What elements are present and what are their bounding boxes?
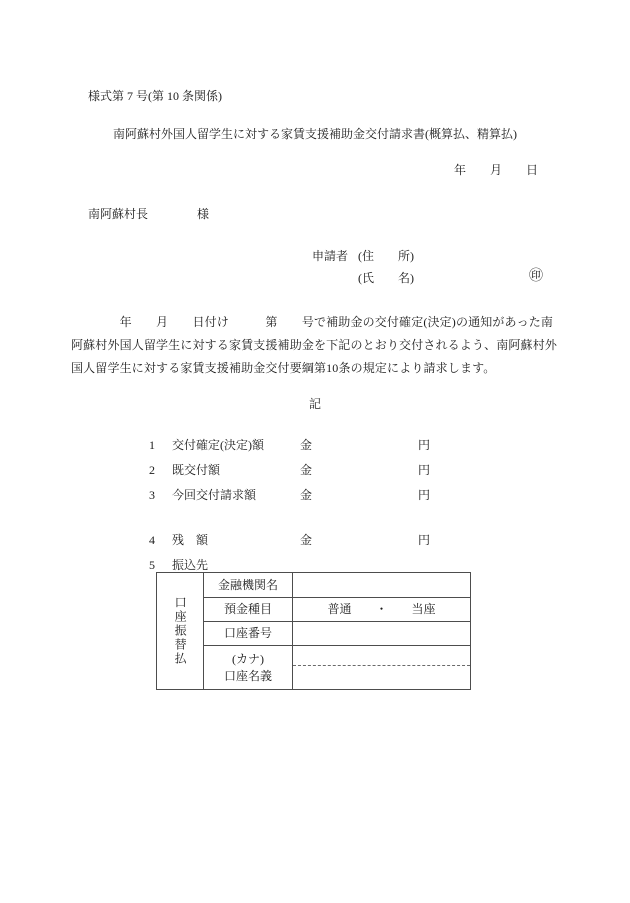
document-title: 南阿蘇村外国人留学生に対する家賃支援補助金交付請求書(概算払、精算払) <box>0 126 630 142</box>
bank-transfer-table: 口座振替払 金融機関名 預金種目 普通 ・ 当座 口座番号 (カナ) 口座名義 <box>156 572 471 690</box>
item-currency-suffix: 円 <box>418 437 430 453</box>
bank-table-row-account-type: 預金種目 普通 ・ 当座 <box>204 598 470 622</box>
bank-row-label: (カナ) 口座名義 <box>204 646 293 689</box>
bank-row-label: 口座番号 <box>204 622 293 645</box>
bank-table-row-account-number: 口座番号 <box>204 622 470 646</box>
bank-row-label: 預金種目 <box>204 598 293 621</box>
bank-row-label: 金融機関名 <box>204 573 293 597</box>
kana-label: (カナ) <box>232 651 264 667</box>
record-marker: 記 <box>0 396 630 412</box>
amount-item-3: 3 今回交付請求額 金 円 <box>0 487 630 504</box>
applicant-address-line: 申請者(住 所) <box>312 248 414 264</box>
item-number: 4 <box>149 532 155 548</box>
addressee-honorific: 様 <box>197 207 209 221</box>
body-paragraph-line-3: 国人留学生に対する家賃支援補助金交付要綱第10条の規定により請求します。 <box>71 360 563 376</box>
applicant-name-label: (氏 名) <box>358 270 414 286</box>
addressee-line: 南阿蘇村長様 <box>88 206 209 222</box>
bank-row-value <box>293 573 470 597</box>
item-label: 交付確定(決定)額 <box>172 437 264 453</box>
item-currency-prefix: 金 <box>300 437 312 453</box>
item-label: 今回交付請求額 <box>172 487 256 503</box>
bank-row-value <box>293 646 470 689</box>
item-number: 1 <box>149 437 155 453</box>
item-label: 残 額 <box>172 532 208 548</box>
item-number: 2 <box>149 462 155 478</box>
seal-stamp-icon: ㊞ <box>529 268 543 287</box>
bank-table-row-institution: 金融機関名 <box>204 573 470 598</box>
applicant-address-label: (住 所) <box>358 249 414 263</box>
item-currency-suffix: 円 <box>418 532 430 548</box>
bank-table-side-header: 口座振替払 <box>157 573 204 689</box>
form-number: 様式第 7 号(第 10 条関係) <box>88 88 222 104</box>
item-currency-suffix: 円 <box>418 487 430 503</box>
bank-table-row-account-name: (カナ) 口座名義 <box>204 646 470 689</box>
amount-item-4: 4 残 額 金 円 <box>0 532 630 549</box>
item-currency-suffix: 円 <box>418 462 430 478</box>
addressee-name: 南阿蘇村長 <box>88 207 148 221</box>
item-label: 既交付額 <box>172 462 220 478</box>
document-page: 様式第 7 号(第 10 条関係) 南阿蘇村外国人留学生に対する家賃支援補助金交… <box>0 0 630 903</box>
date-blank-line: 年 月 日 <box>454 162 538 178</box>
item-currency-prefix: 金 <box>300 532 312 548</box>
item-currency-prefix: 金 <box>300 462 312 478</box>
item-currency-prefix: 金 <box>300 487 312 503</box>
applicant-label: 申請者 <box>312 249 348 263</box>
body-paragraph-line-1: 年 月 日付け 第 号で補助金の交付確定(決定)の通知があった南 <box>71 314 563 330</box>
bank-row-value: 普通 ・ 当座 <box>293 598 470 621</box>
bank-row-value <box>293 622 470 645</box>
item-number: 5 <box>149 557 155 573</box>
account-name-label: 口座名義 <box>224 668 272 684</box>
amount-item-2: 2 既交付額 金 円 <box>0 462 630 479</box>
body-paragraph-line-2: 阿蘇村外国人留学生に対する家賃支援補助金を下記のとおり交付されるよう、南阿蘇村外 <box>71 337 563 353</box>
item-label: 振込先 <box>172 557 208 573</box>
item-number: 3 <box>149 487 155 503</box>
amount-item-1: 1 交付確定(決定)額 金 円 <box>0 437 630 454</box>
kana-divider-line <box>293 646 470 666</box>
